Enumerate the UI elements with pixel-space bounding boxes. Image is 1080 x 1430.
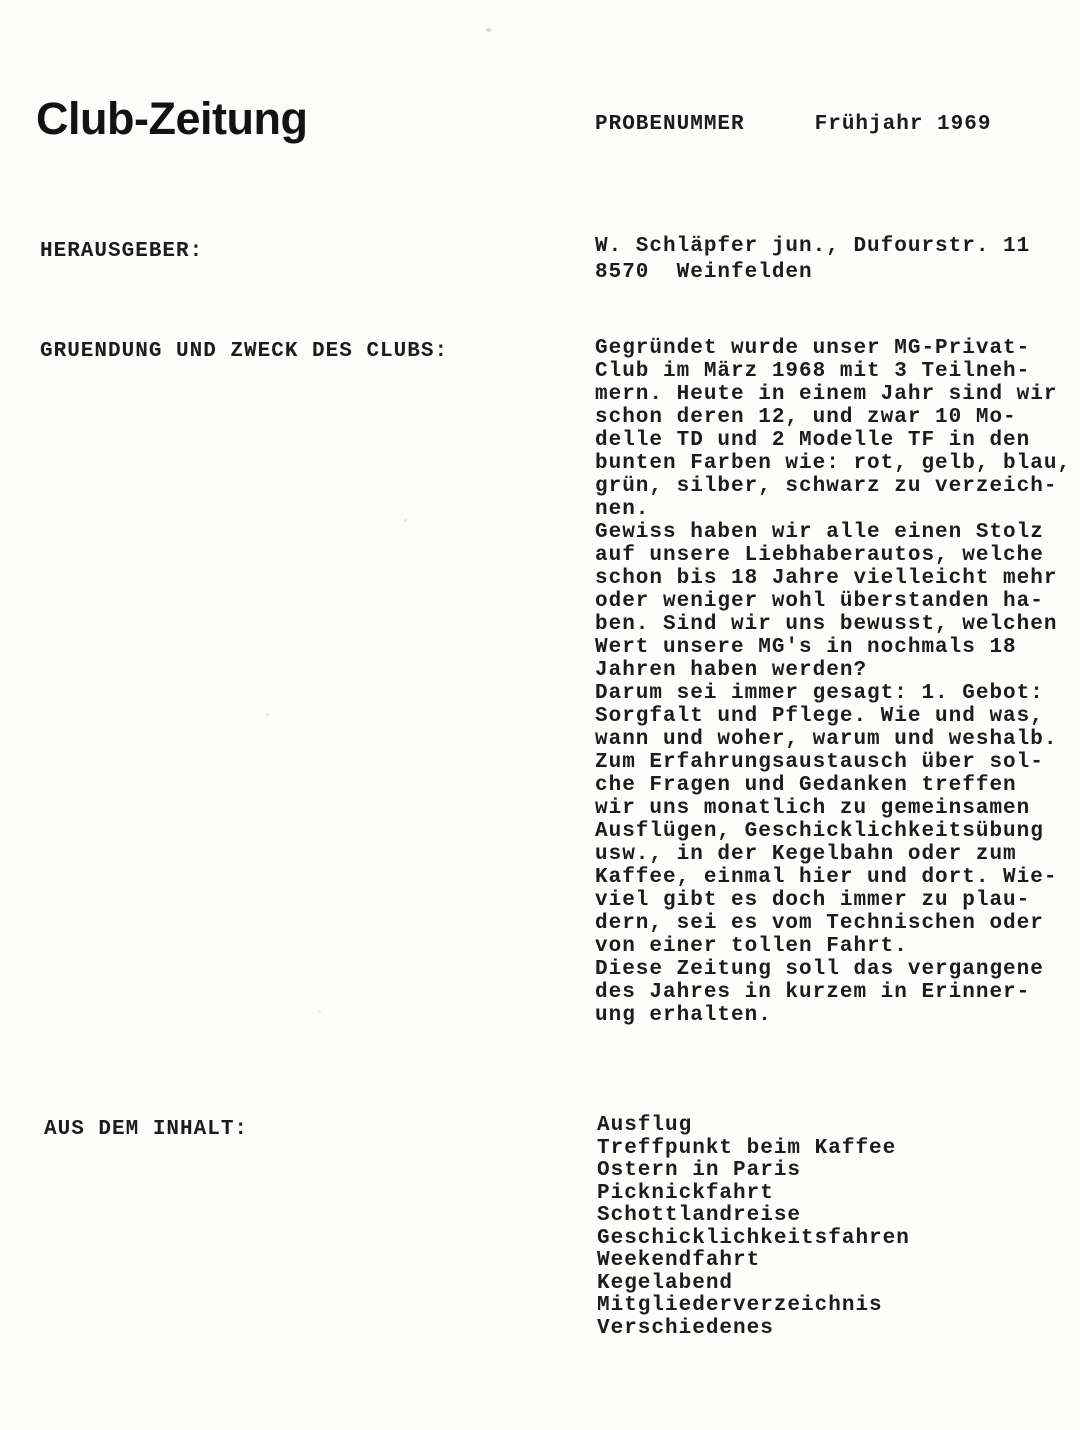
- issue-label: PROBENUMMER: [595, 113, 745, 136]
- paragraph-line: grün, silber, schwarz zu verzeich-: [595, 475, 1080, 498]
- paragraph-line: Kaffee, einmal hier und dort. Wie-: [595, 866, 1080, 889]
- issue-header: PROBENUMMER Frühjahr 1969: [595, 113, 991, 136]
- paragraph-line: dern, sei es vom Technischen oder: [595, 912, 1080, 935]
- paragraph-line: Sorgfalt und Pflege. Wie und was,: [595, 705, 1080, 728]
- paragraph-line: wann und woher, warum und weshalb.: [595, 728, 1080, 751]
- paragraph-line: auf unsere Liebhaberautos, welche: [595, 544, 1080, 567]
- contents-item: Weekendfahrt: [597, 1250, 910, 1273]
- paragraph-line: bunten Farben wie: rot, gelb, blau,: [595, 452, 1080, 475]
- paragraph-line: Ausflügen, Geschicklichkeitsübung: [595, 820, 1080, 843]
- paragraph-line: schon deren 12, und zwar 10 Mo-: [595, 406, 1080, 429]
- paragraph-line: mern. Heute in einem Jahr sind wir: [595, 383, 1080, 406]
- scan-speckle: [266, 713, 269, 716]
- contents-section-label: AUS DEM INHALT:: [44, 1118, 248, 1141]
- paragraph-line: oder weniger wohl überstanden ha-: [595, 590, 1080, 613]
- paragraph-line: Diese Zeitung soll das vergangene: [595, 958, 1080, 981]
- scanned-newsletter-page: Club-Zeitung PROBENUMMER Frühjahr 1969 H…: [0, 0, 1080, 1430]
- paragraph-line: nen.: [595, 498, 1080, 521]
- paragraph-line: schon bis 18 Jahre vielleicht mehr: [595, 567, 1080, 590]
- paragraph-line: wir uns monatlich zu gemeinsamen: [595, 797, 1080, 820]
- founding-section-label: GRUENDUNG UND ZWECK DES CLUBS:: [40, 340, 448, 363]
- contents-item: Kegelabend: [597, 1273, 910, 1296]
- paragraph-line: delle TD und 2 Modelle TF in den: [595, 429, 1080, 452]
- paragraph-line: viel gibt es doch immer zu plau-: [595, 889, 1080, 912]
- contents-item: Verschiedenes: [597, 1318, 910, 1341]
- paragraph-line: usw., in der Kegelbahn oder zum: [595, 843, 1080, 866]
- contents-item: Schottlandreise: [597, 1205, 910, 1228]
- contents-list: AusflugTreffpunkt beim KaffeeOstern in P…: [597, 1115, 910, 1340]
- scan-speckle: [486, 28, 491, 32]
- contents-item: Geschicklichkeitsfahren: [597, 1228, 910, 1251]
- scan-speckle: [318, 1010, 321, 1013]
- paragraph-line: ung erhalten.: [595, 1004, 1080, 1027]
- address-line: W. Schläpfer jun., Dufourstr. 11: [595, 234, 1030, 260]
- contents-item: Ausflug: [597, 1115, 910, 1138]
- paragraph-line: von einer tollen Fahrt.: [595, 935, 1080, 958]
- contents-item: Mitgliederverzeichnis: [597, 1295, 910, 1318]
- paragraph-line: Wert unsere MG's in nochmals 18: [595, 636, 1080, 659]
- paragraph-line: Club im März 1968 mit 3 Teilneh-: [595, 360, 1080, 383]
- paragraph-line: Zum Erfahrungsaustausch über sol-: [595, 751, 1080, 774]
- address-line: 8570 Weinfelden: [595, 260, 1030, 286]
- paragraph-line: che Fragen und Gedanken treffen: [595, 774, 1080, 797]
- paragraph-line: Gewiss haben wir alle einen Stolz: [595, 521, 1080, 544]
- page-title: Club-Zeitung: [36, 95, 307, 143]
- issue-date: Frühjahr 1969: [815, 113, 992, 136]
- scan-speckle: [404, 519, 407, 522]
- publisher-address: W. Schläpfer jun., Dufourstr. 118570 Wei…: [595, 234, 1030, 285]
- paragraph-line: Gegründet wurde unser MG-Privat-: [595, 337, 1080, 360]
- paragraph-line: ben. Sind wir uns bewusst, welchen: [595, 613, 1080, 636]
- contents-item: Ostern in Paris: [597, 1160, 910, 1183]
- contents-item: Picknickfahrt: [597, 1183, 910, 1206]
- founding-paragraph: Gegründet wurde unser MG-Privat-Club im …: [595, 337, 1080, 1027]
- paragraph-line: Jahren haben werden?: [595, 659, 1080, 682]
- publisher-label: HERAUSGEBER:: [40, 240, 203, 263]
- paragraph-line: des Jahres in kurzem in Erinner-: [595, 981, 1080, 1004]
- paragraph-line: Darum sei immer gesagt: 1. Gebot:: [595, 682, 1080, 705]
- contents-item: Treffpunkt beim Kaffee: [597, 1138, 910, 1161]
